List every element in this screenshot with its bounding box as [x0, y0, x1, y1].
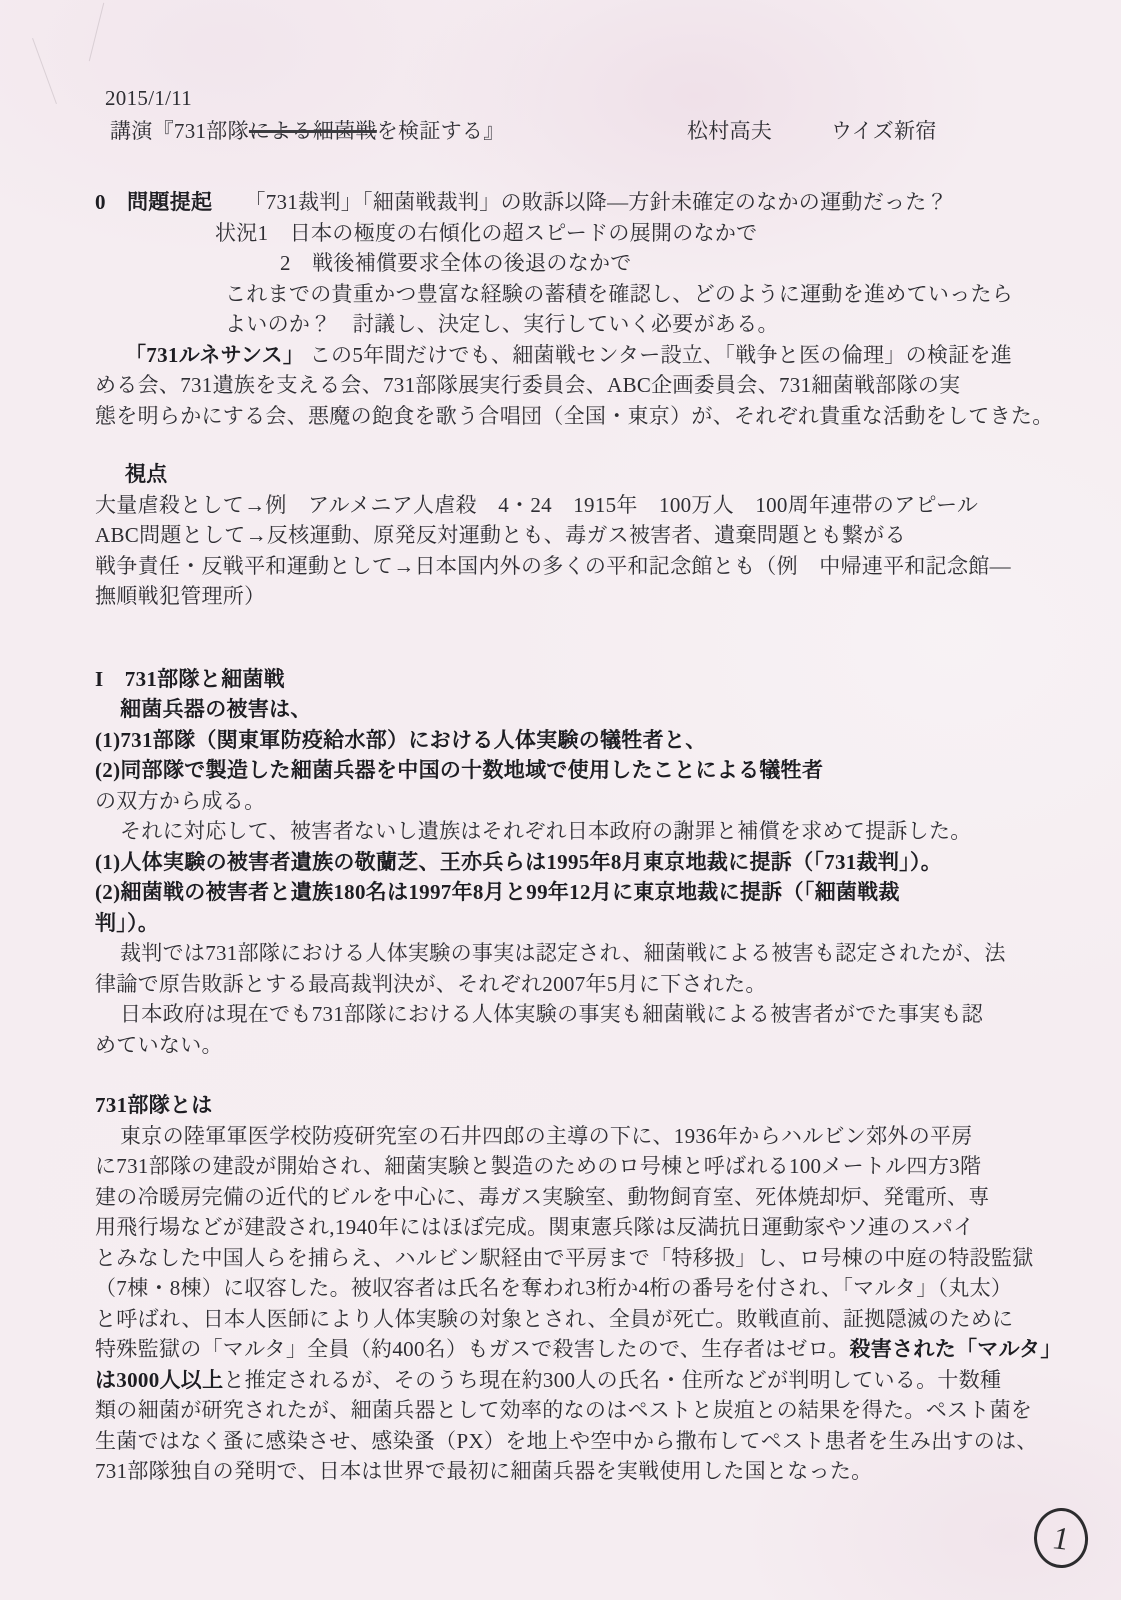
text-segment: めていない。 [95, 1033, 223, 1057]
paper-crease [32, 38, 57, 104]
text-segment: よいのか？ 討議し、決定し、実行していく必要がある。 [225, 312, 779, 336]
handwritten-page-number-circle: 1 [1032, 1507, 1089, 1570]
text-segment: 731部隊とは [95, 1093, 213, 1117]
text-segment: を検証する』 [377, 119, 505, 143]
text-line: に731部隊の建設が開始され、細菌実験と製造のためのロ号棟と呼ばれる100メート… [95, 1151, 1036, 1182]
lecture-title-line: 講演『731部隊による細菌戦を検証する』 松村高夫 ウイズ新宿 [95, 116, 1036, 147]
text-line: と呼ばれ、日本人医師により人体実験の対象とされ、全員が死亡。敗戦直前、証拠隠滅の… [95, 1304, 1036, 1335]
text-line: 0 問題提起 「731裁判」「細菌戦裁判」の敗訴以降―方針未確定のなかの運動だっ… [95, 187, 1036, 218]
text-line: 731部隊独自の発明で、日本は世界で最初に細菌兵器を実戦使用した国となった。 [95, 1456, 1036, 1487]
text-line: よいのか？ 討議し、決定し、実行していく必要がある。 [95, 309, 1036, 340]
text-line: 「731ルネサンス」 この5年間だけでも、細菌戦センター設立、「戦争と医の倫理」… [95, 340, 1036, 371]
text-line: (2)同部隊で製造した細菌兵器を中国の十数地域で使用したことによる犠牲者 [95, 755, 1036, 786]
text-line: めていない。 [95, 1030, 1036, 1061]
text-line: ABC問題として→反核運動、原発反対運動とも、毒ガス被害者、遺棄問題とも繋がる [95, 520, 1036, 551]
text-line: 2 戦後補償要求全体の後退のなかで [95, 248, 1036, 279]
text-segment: 態を明らかにする会、悪魔の飽食を歌う合唱団（全国・東京）が、それぞれ貴重な活動を… [95, 404, 1054, 428]
struck-out-text: による細菌戦 [249, 119, 377, 143]
text-segment: 0 問題提起 [95, 190, 212, 214]
text-segment: に731部隊の建設が開始され、細菌実験と製造のためのロ号棟と呼ばれる100メート… [95, 1154, 981, 1178]
text-segment: 殺害された「マルタ」 [850, 1337, 1062, 1361]
text-line: 状況1 日本の極度の右傾化の超スピードの展開のなかで [95, 218, 1036, 249]
text-line: とみなした中国人らを捕らえ、ハルビン駅経由で平房まで「特移扱」し、ロ号棟の中庭の… [95, 1243, 1036, 1274]
text-line: 日本政府は現在でも731部隊における人体実験の事実も細菌戦による被害者がでた事実… [95, 999, 1036, 1030]
text-line: (2)細菌戦の被害者と遺族180名は1997年8月と99年12月に東京地裁に提訴… [95, 877, 1036, 908]
text-segment: 日本政府は現在でも731部隊における人体実験の事実も細菌戦による被害者がでた事実… [120, 1002, 983, 1026]
text-line: 撫順戦犯管理所） [95, 581, 1036, 612]
page-number: 1 [1049, 1519, 1073, 1557]
text-segment: 判」）。 [95, 911, 159, 935]
text-line: 類の細菌が研究されたが、細菌兵器として効率的なのはペストと炭疽との結果を得た。ペ… [95, 1395, 1036, 1426]
text-segment: は3000人以上 [95, 1368, 223, 1392]
text-segment: ABC問題として→反核運動、原発反対運動とも、毒ガス被害者、遺棄問題とも繋がる [95, 523, 906, 547]
text-line: 律論で原告敗訴とする最高裁判決が、それぞれ2007年5月に下された。 [95, 969, 1036, 1000]
text-segment: (1)731部隊（関東軍防疫給水部）における人体実験の犠牲者と、 [95, 728, 707, 752]
lecture-title: 講演『731部隊による細菌戦を検証する』 [110, 119, 505, 143]
text-segment: 状況1 日本の極度の右傾化の超スピードの展開のなかで [215, 221, 757, 245]
text-line: 用飛行場などが建設され,1940年にはほぼ完成。関東憲兵隊は反満抗日運動家やソ連… [95, 1212, 1036, 1243]
text-segment: 類の細菌が研究されたが、細菌兵器として効率的なのはペストと炭疽との結果を得た。ペ… [95, 1398, 1032, 1422]
text-line: の双方から成る。 [95, 786, 1036, 817]
text-line: （7棟・8棟）に収容した。被収容者は氏名を奪われ3桁か4桁の番号を付され、「マル… [95, 1273, 1036, 1304]
speaker-name: 松村高夫 [687, 116, 772, 147]
text-segment: 生菌ではなく蚤に感染させ、感染蚤（PX）を地上や空中から撒布してペスト患者を生み… [95, 1429, 1038, 1453]
text-segment: 大量虐殺として→例 アルメニア人虐殺 4・24 1915年 100万人 100周… [95, 493, 978, 517]
document-date: 2015/1/11 [95, 83, 1036, 114]
text-segment: の双方から成る。 [95, 789, 265, 813]
text-segment: 律論で原告敗訴とする最高裁判決が、それぞれ2007年5月に下された。 [95, 972, 767, 996]
text-segment: 731部隊独自の発明で、日本は世界で最初に細菌兵器を実戦使用した国となった。 [95, 1459, 872, 1483]
text-segment: 「731ルネサンス」 [125, 343, 304, 367]
text-line: 戦争責任・反戦平和運動として→日本国内外の多くの平和記念館とも（例 中帰連平和記… [95, 551, 1036, 582]
text-segment: (2)同部隊で製造した細菌兵器を中国の十数地域で使用したことによる犠牲者 [95, 758, 823, 782]
text-segment: と推定されるが、そのうち現在約300人の氏名・住所などが判明している。十数種 [223, 1368, 1001, 1392]
text-segment: 戦争責任・反戦平和運動として→日本国内外の多くの平和記念館とも（例 中帰連平和記… [95, 554, 1011, 578]
document-body: 0 問題提起 「731裁判」「細菌戦裁判」の敗訴以降―方針未確定のなかの運動だっ… [95, 187, 1036, 1487]
text-segment: と呼ばれ、日本人医師により人体実験の対象とされ、全員が死亡。敗戦直前、証拠隠滅の… [95, 1307, 1013, 1331]
venue-name: ウイズ新宿 [831, 116, 937, 147]
text-line: 大量虐殺として→例 アルメニア人虐殺 4・24 1915年 100万人 100周… [95, 490, 1036, 521]
text-line: 特殊監獄の「マルタ」全員（約400名）もガスで殺害したので、生存者はゼロ。殺害さ… [95, 1334, 1036, 1365]
text-line: は3000人以上と推定されるが、そのうち現在約300人の氏名・住所などが判明して… [95, 1365, 1036, 1396]
text-line: (1)人体実験の被害者遺族の敬蘭芝、王亦兵らは1995年8月東京地裁に提訴（「7… [95, 847, 1036, 878]
text-line: 判」）。 [95, 908, 1036, 939]
text-segment: 特殊監獄の「マルタ」全員（約400名）もガスで殺害したので、生存者はゼロ。 [95, 1337, 850, 1361]
text-segment: （7棟・8棟）に収容した。被収容者は氏名を奪われ3桁か4桁の番号を付され、「マル… [95, 1276, 1012, 1300]
text-segment: それに対応して、被害者ないし遺族はそれぞれ日本政府の謝罪と補償を求めて提訴した。 [120, 819, 972, 843]
text-line: 裁判では731部隊における人体実験の事実は認定され、細菌戦による被害も認定された… [95, 938, 1036, 969]
text-segment: 裁判では731部隊における人体実験の事実は認定され、細菌戦による被害も認定された… [120, 941, 1006, 965]
text-line: それに対応して、被害者ないし遺族はそれぞれ日本政府の謝罪と補償を求めて提訴した。 [95, 816, 1036, 847]
text-segment: 建の冷暖房完備の近代的ビルを中心に、毒ガス実験室、動物飼育室、死体焼却炉、発電所… [95, 1185, 990, 1209]
text-segment: める会、731遺族を支える会、731部隊展実行委員会、ABC企画委員会、731細… [95, 373, 960, 397]
text-line: める会、731遺族を支える会、731部隊展実行委員会、ABC企画委員会、731細… [95, 370, 1036, 401]
text-segment: (2)細菌戦の被害者と遺族180名は1997年8月と99年12月に東京地裁に提訴… [95, 880, 900, 904]
text-line: 東京の陸軍軍医学校防疫研究室の石井四郎の主導の下に、1936年からハルビン郊外の… [95, 1121, 1036, 1152]
text-line: 731部隊とは [95, 1090, 1036, 1121]
text-segment: 用飛行場などが建設され,1940年にはほぼ完成。関東憲兵隊は反満抗日運動家やソ連… [95, 1215, 974, 1239]
text-segment: 撫順戦犯管理所） [95, 584, 265, 608]
text-segment: 講演『731部隊 [110, 119, 249, 143]
text-segment: とみなした中国人らを捕らえ、ハルビン駅経由で平房まで「特移扱」し、ロ号棟の中庭の… [95, 1246, 1033, 1270]
text-segment: 細菌兵器の被害は、 [120, 697, 312, 721]
text-segment: 「731裁判」「細菌戦裁判」の敗訴以降―方針未確定のなかの運動だった？ [212, 190, 948, 214]
text-segment: (1)人体実験の被害者遺族の敬蘭芝、王亦兵らは1995年8月東京地裁に提訴（「7… [95, 850, 942, 874]
text-line: 建の冷暖房完備の近代的ビルを中心に、毒ガス実験室、動物飼育室、死体焼却炉、発電所… [95, 1182, 1036, 1213]
text-segment: 2 戦後補償要求全体の後退のなかで [280, 251, 632, 275]
text-line: I 731部隊と細菌戦 [95, 664, 1036, 695]
text-segment: 視点 [125, 462, 168, 486]
document-content: 2015/1/11 講演『731部隊による細菌戦を検証する』 松村高夫 ウイズ新… [95, 83, 1036, 1487]
text-segment: この5年間だけでも、細菌戦センター設立、「戦争と医の倫理」の検証を進 [304, 343, 1012, 367]
text-segment: これまでの貴重かつ豊富な経験の蓄積を確認し、どのように運動を進めていったら [225, 282, 1013, 306]
text-line: 視点 [95, 459, 1036, 490]
text-line: これまでの貴重かつ豊富な経験の蓄積を確認し、どのように運動を進めていったら [95, 279, 1036, 310]
text-line: 生菌ではなく蚤に感染させ、感染蚤（PX）を地上や空中から撒布してペスト患者を生み… [95, 1426, 1036, 1457]
paper-crease [89, 3, 104, 61]
text-line: 細菌兵器の被害は、 [95, 694, 1036, 725]
scanned-document-page: 2015/1/11 講演『731部隊による細菌戦を検証する』 松村高夫 ウイズ新… [0, 0, 1121, 1600]
text-line: 態を明らかにする会、悪魔の飽食を歌う合唱団（全国・東京）が、それぞれ貴重な活動を… [95, 401, 1036, 432]
text-segment: 東京の陸軍軍医学校防疫研究室の石井四郎の主導の下に、1936年からハルビン郊外の… [120, 1124, 973, 1148]
text-segment: I 731部隊と細菌戦 [95, 667, 285, 691]
text-line: (1)731部隊（関東軍防疫給水部）における人体実験の犠牲者と、 [95, 725, 1036, 756]
